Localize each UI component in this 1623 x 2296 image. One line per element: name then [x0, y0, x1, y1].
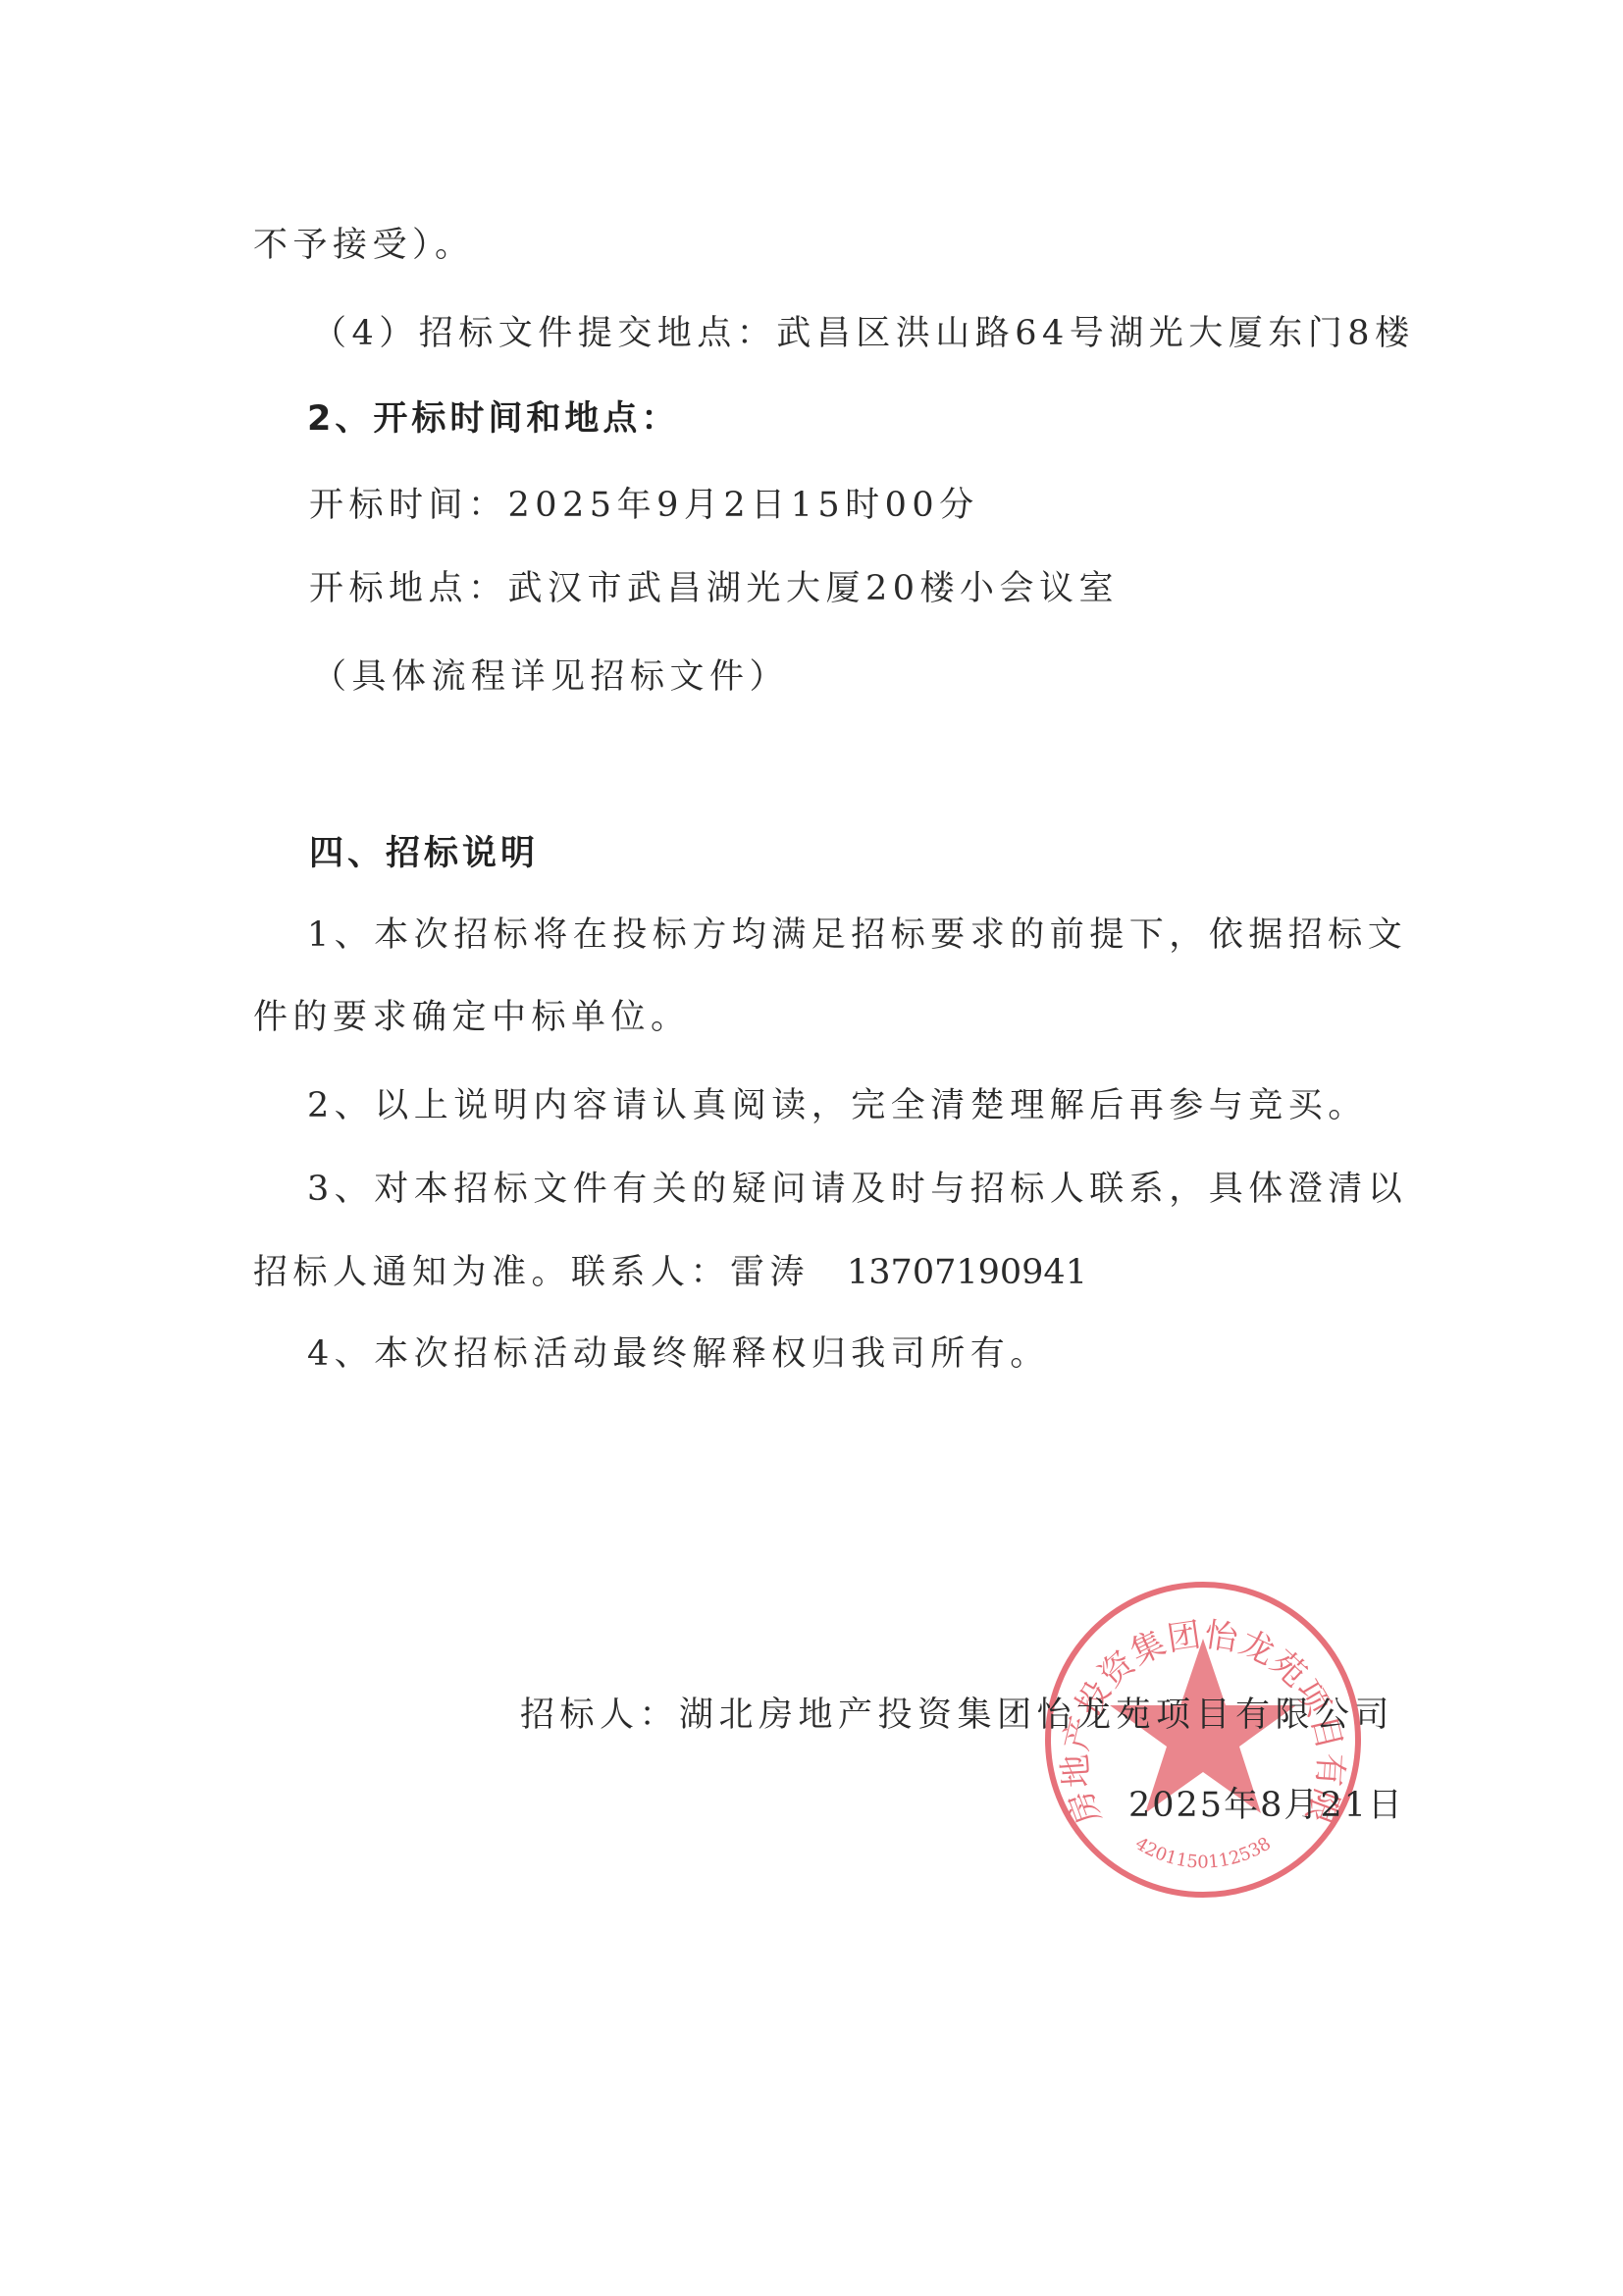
process-note: （具体流程详见招标文件）	[312, 655, 789, 699]
company-seal-stamp: 湖北房地产投资集团怡龙苑项目有限公司 4201150112538	[1043, 1580, 1363, 1900]
section4-item1-line2: 件的要求确定中标单位。	[253, 996, 691, 1039]
contact-phone: 13707190941	[847, 1253, 1087, 1292]
section4-item4: 4、本次招标活动最终解释权归我司所有。	[307, 1332, 1050, 1376]
issue-date: 2025年8月21日	[1128, 1784, 1404, 1827]
section4-heading: 四、招标说明	[309, 832, 539, 875]
opening-time: 开标时间：2025年9月2日15时00分	[309, 484, 979, 527]
opening-place: 开标地点：武汉市武昌湖光大厦20楼小会议室	[309, 567, 1119, 610]
section4-item1-line1: 1、本次招标将在投标方均满足招标要求的前提下，依据招标文	[307, 913, 1407, 957]
svg-text:4201150112538: 4201150112538	[1131, 1833, 1275, 1872]
issuer-signature: 招标人：湖北房地产投资集团怡龙苑项目有限公司	[520, 1694, 1394, 1737]
section4-item3-line1: 3、对本招标文件有关的疑问请及时与招标人联系，具体澄清以	[307, 1168, 1407, 1211]
section4-item2: 2、以上说明内容请认真阅读，完全清楚理解后再参与竞买。	[307, 1084, 1368, 1127]
submission-location: （4）招标文件提交地点：武昌区洪山路64号湖光大厦东门8楼	[312, 312, 1415, 355]
section4-item3-line2: 招标人通知为准。联系人：雷涛13707190941	[253, 1251, 1087, 1294]
contact-text: 招标人通知为准。联系人：雷涛	[253, 1253, 810, 1292]
opening-heading: 2、开标时间和地点：	[307, 397, 679, 441]
continuation-text: 不予接受）。	[253, 224, 475, 267]
